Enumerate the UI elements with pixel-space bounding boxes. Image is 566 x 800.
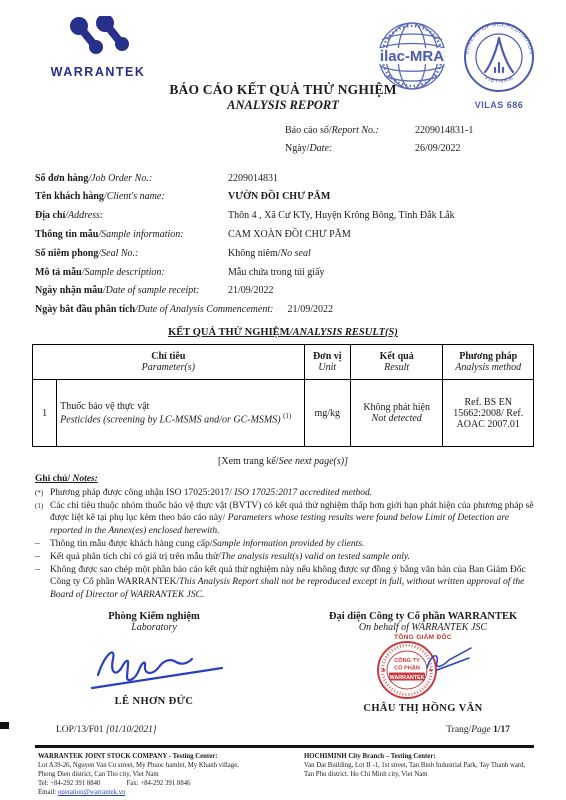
report-meta: Báo cáo số/Report No.: 2209014831-1 Ngày…	[0, 122, 566, 158]
row-result: Không phát hiện Not detected	[350, 380, 443, 447]
info-row-client-name: Tên khách hàng/Client's name: VƯỜN ĐỒI C…	[35, 188, 534, 207]
signature-left-icon	[82, 635, 232, 693]
header-unit: Đơn vị Unit	[304, 345, 350, 380]
footer-divider	[35, 745, 534, 748]
info-row-seal-no: Số niêm phong/Seal No.: Không niêm/No se…	[35, 245, 534, 264]
hq-address-line1: Lot A39-26, Nguyen Van Cu street, My Phu…	[38, 761, 300, 770]
vilas-number-label: VILAS 686	[460, 100, 538, 110]
table-row: 1 Thuốc bảo vệ thực vật Pesticides (scre…	[33, 380, 534, 447]
info-row-sample-info: Thông tin mẫu/Sample information: CAM XO…	[35, 226, 534, 245]
company-signature-block: Đại diện Công ty Cổ phần WARRANTEK On be…	[280, 611, 566, 714]
seal-no-value: Không niêm/No seal	[228, 245, 311, 264]
analysis-report-page: WARRANTEK ilac-MRA	[0, 0, 566, 800]
company-stamp: ★ ★ CÔNG TY CỔ PHẦN WARRANTEK	[280, 642, 566, 700]
company-title: Đại diện Công ty Cổ phần WARRANTEK	[280, 611, 566, 622]
vilas-seal: BUREAU OF ACCREDITATION VIETNAM VILAS 68…	[460, 18, 538, 110]
see-next-page-note: [Xem trang kế/See next page(s)]	[0, 456, 566, 467]
job-order-value: 2209014831	[228, 170, 278, 189]
notes-section: Ghi chú/ Notes: (*) Phương pháp được côn…	[35, 473, 536, 602]
hq-title: WARRANTEK JOINT STOCK COMPANY - Testing …	[38, 752, 300, 761]
results-table-header: Chỉ tiêu Parameter(s) Đơn vị Unit Kết qu…	[33, 345, 534, 380]
footer-branch: HOCHIMINH City Branch – Testing Center: …	[300, 752, 534, 797]
row-number: 1	[33, 380, 57, 447]
row-unit: mg/kg	[304, 380, 350, 447]
info-row-receipt-date: Ngày nhận mẫu/Date of sample receipt: 21…	[35, 282, 534, 301]
note-accredited-method: (*) Phương pháp được công nhận ISO 17025…	[35, 487, 536, 500]
results-section-title: KẾT QUẢ THỬ NGHIỆM/ANALYSIS RESULT(S)	[0, 327, 566, 338]
signature-section: Phòng Kiểm nghiệm Laboratory LÊ NHƠN ĐỨC…	[0, 611, 566, 714]
report-header: WARRANTEK ilac-MRA	[0, 0, 566, 82]
footer-headquarters: WARRANTEK JOINT STOCK COMPANY - Testing …	[38, 752, 300, 797]
row-method: Ref. BS EN 15662:2008/ Ref. AOAC 2007.01	[443, 380, 534, 447]
stamp-line3: WARRANTEK	[389, 675, 424, 681]
warrantek-logo-text: WARRANTEK	[46, 65, 150, 79]
note-reproduction: – Không được sao chép một phần báo cáo k…	[35, 564, 536, 602]
info-row-job-order: Số đơn hàng/Job Order No.: 2209014831	[35, 170, 534, 189]
svg-text:VIETNAM: VIETNAM	[483, 75, 515, 85]
note-pesticide-annex: (1) Các chỉ tiêu thuộc nhóm thuốc bảo vệ…	[35, 500, 536, 538]
header-result: Kết quả Result	[350, 345, 443, 380]
results-table: Chỉ tiêu Parameter(s) Đơn vị Unit Kết qu…	[32, 344, 534, 447]
laboratory-signature-block: Phòng Kiểm nghiệm Laboratory LÊ NHƠN ĐỨC	[28, 611, 280, 714]
report-no-row: Báo cáo số/Report No.: 2209014831-1	[0, 122, 566, 140]
laboratory-signer-name: LÊ NHƠN ĐỨC	[28, 696, 280, 707]
note-sample-info: – Thông tin mẫu được khách hàng cung cấp…	[35, 538, 536, 551]
warrantek-logo: WARRANTEK	[46, 16, 150, 79]
report-no-value: 2209014831-1	[415, 122, 473, 140]
report-date-row: Ngày/Date: 26/09/2022	[0, 140, 566, 158]
stamp-line1: CÔNG TY	[394, 656, 420, 664]
address-value: Thôn 4 , Xã Cư KTy, Huyện Krông Bông, Tỉ…	[228, 207, 455, 226]
hq-telfax: Tel: +84-292 391 8840Fax: +84-292 391 88…	[38, 779, 300, 788]
sample-description-value: Mẫu chứa trong túi giấy	[228, 264, 325, 283]
page-number: Trang/Page 1/17	[446, 725, 510, 735]
svg-text:★: ★	[428, 667, 433, 674]
analysis-start-value: 21/09/2022	[287, 301, 333, 320]
row-parameter: Thuốc bảo vệ thực vật Pesticides (screen…	[57, 380, 304, 447]
report-date-value: 26/09/2022	[415, 140, 461, 158]
report-date-label: Ngày/Date:	[285, 140, 415, 158]
client-name-value: VƯỜN ĐỒI CHƯ PĂM	[228, 188, 330, 207]
warrantek-logo-icon	[59, 16, 137, 62]
receipt-date-value: 21/09/2022	[228, 282, 274, 301]
branch-address-line2: Tan Phu district. Ho Chi Minh city, Viet…	[304, 770, 534, 779]
document-code: LOP/13/F01 [01/10/2021]	[56, 725, 157, 735]
notes-heading: Ghi chú/ Notes:	[35, 473, 536, 486]
svg-text:★: ★	[381, 667, 386, 674]
report-no-label: Báo cáo số/Report No.:	[285, 122, 415, 140]
hq-fax: Fax: +84-292 391 8846	[126, 780, 190, 787]
note-validity: – Kết quả phân tích chỉ có giá trị trên …	[35, 551, 536, 564]
company-subtitle: On behalf of WARRANTEK JSC	[280, 622, 566, 633]
laboratory-title: Phòng Kiểm nghiệm	[28, 611, 280, 622]
boa-vietnam-seal-icon: BUREAU OF ACCREDITATION VIETNAM	[460, 18, 538, 96]
email-link[interactable]: operation@warrantek.vn	[58, 789, 126, 796]
branch-title: HOCHIMINH City Branch – Testing Center:	[304, 752, 534, 761]
header-method: Phương pháp Analysis method	[443, 345, 534, 380]
company-signer-name: CHÂU THỊ HỒNG VÂN	[280, 703, 566, 714]
vilas-arc-bottom-text: VIETNAM	[483, 75, 515, 85]
hq-tel: Tel: +84-292 391 8840	[38, 780, 100, 787]
header-parameter: Chỉ tiêu Parameter(s)	[33, 345, 305, 380]
info-row-address: Địa chỉ/Address: Thôn 4 , Xã Cư KTy, Huy…	[35, 207, 534, 226]
scan-artifact	[0, 722, 9, 729]
sample-info-block: Số đơn hàng/Job Order No.: 2209014831 Tê…	[35, 170, 534, 320]
laboratory-signature	[28, 635, 280, 693]
branch-address-line1: Van Dat Building, Lot II -1, 1st street,…	[304, 761, 534, 770]
laboratory-subtitle: Laboratory	[28, 622, 280, 633]
footnote-marker: (1)	[283, 412, 291, 420]
info-row-analysis-start: Ngày bắt đầu phân tích/Date of Analysis …	[35, 301, 534, 320]
sample-info-value: CAM XOÀN ĐỒI CHƯ PĂM	[228, 226, 351, 245]
red-stamp-icon: ★ ★ CÔNG TY CỔ PHẦN WARRANTEK	[371, 640, 475, 700]
ilac-mra-seal-text: ilac-MRA	[380, 48, 444, 65]
hq-email-row: Email: operation@warrantek.vn	[38, 788, 300, 797]
hq-address-line2: Phong Dien district, Can Tho city, Viet …	[38, 770, 300, 779]
stamp-line2: CỔ PHẦN	[394, 665, 420, 672]
info-row-sample-description: Mô tả mẫu/Sample description: Mẫu chứa t…	[35, 264, 534, 283]
document-footer-row: LOP/13/F01 [01/10/2021] Trang/Page 1/17	[56, 725, 510, 735]
company-footer: WARRANTEK JOINT STOCK COMPANY - Testing …	[38, 752, 534, 797]
